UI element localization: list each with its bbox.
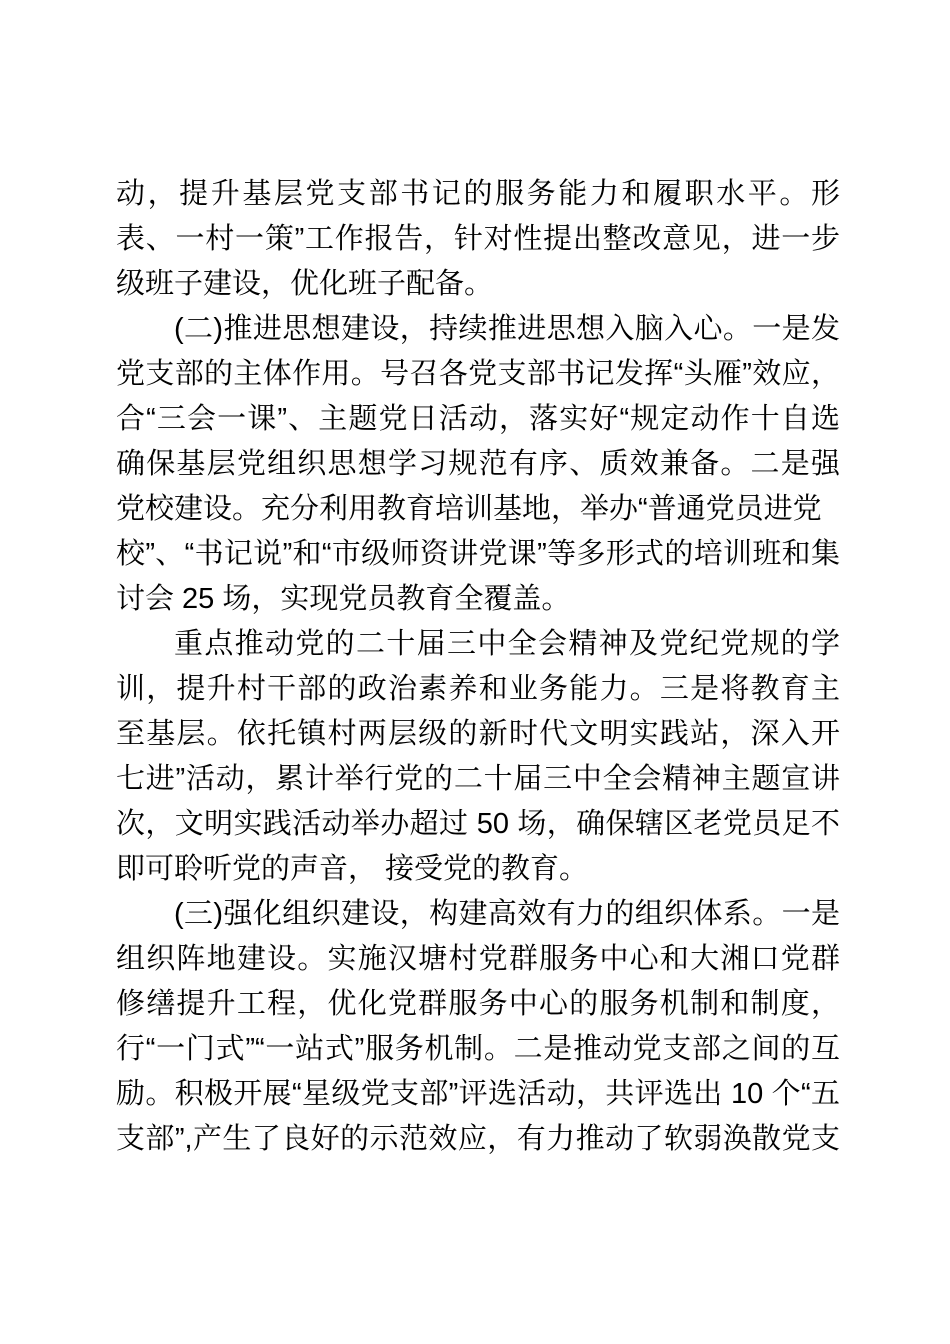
text-line: 校”、“书记说”和“市级师资讲党课”等多形式的培训班和集中研	[116, 532, 840, 577]
text-line: (二)推进思想建设，持续推进思想入脑入心。一是发挥各级	[116, 307, 840, 352]
text-line: 训，提升村干部的政治素养和业务能力。三是将教育主线延伸	[116, 667, 840, 712]
text-line: 党校建设。充分利用教育培训基地，举办“普通党员进党	[116, 487, 840, 532]
text-block: 动，提升基层党支部书记的服务能力和履职水平。形成“一村一表、一村一策”工作报告，…	[116, 172, 840, 1162]
text-line: 七进”活动，累计举行党的二十届三中全会精神主题宣讲 40 场	[116, 757, 840, 802]
text-line: 动，提升基层党支部书记的服务能力和履职水平。形成“一村一	[116, 172, 840, 217]
text-line: 重点推动党的二十届三中全会精神及党纪党规的学习培	[116, 622, 840, 667]
text-line: 组织阵地建设。实施汉塘村党群服务中心和大湘口党群服务站	[116, 937, 840, 982]
document-page: 动，提升基层党支部书记的服务能力和履职水平。形成“一村一表、一村一策”工作报告，…	[0, 0, 950, 1344]
text-line: 合“三会一课”、主题党日活动，落实好“规定动作十自选动作”，	[116, 397, 840, 442]
text-line: 即可聆听党的声音， 接受党的教育。	[116, 847, 840, 892]
text-line: 至基层。依托镇村两层级的新时代文明实践站，深入开展“六学	[116, 712, 840, 757]
text-line: 修缮提升工程，优化党群服务中心的服务机制和制度，全面推	[116, 982, 840, 1027]
text-line: 次，文明实践活动举办超过 50 场，确保辖区老党员足不出村	[116, 802, 840, 847]
text-line: 行“一门式”“一站式”服务机制。二是推动党支部之间的互相激	[116, 1027, 840, 1072]
text-line: 表、一村一策”工作报告，针对性提出整改意见，进一步加强村	[116, 217, 840, 262]
text-line: 讨会 25 场，实现党员教育全覆盖。	[116, 577, 840, 622]
text-line: 级班子建设，优化班子配备。	[116, 262, 840, 307]
text-line: 励。积极开展“星级党支部”评选活动，共评选出 10 个“五星党	[116, 1072, 840, 1117]
text-line: 确保基层党组织思想学习规范有序、质效兼备。二是强化镇委	[116, 442, 840, 487]
text-line: (三)强化组织建设，构建高效有力的组织体系。一是规范党	[116, 892, 840, 937]
text-line: 支部”,产生了良好的示范效应，有力推动了软弱涣散党支部的	[116, 1117, 840, 1162]
text-line: 党支部的主体作用。号召各党支部书记发挥“头雁”效应，结	[116, 352, 840, 397]
